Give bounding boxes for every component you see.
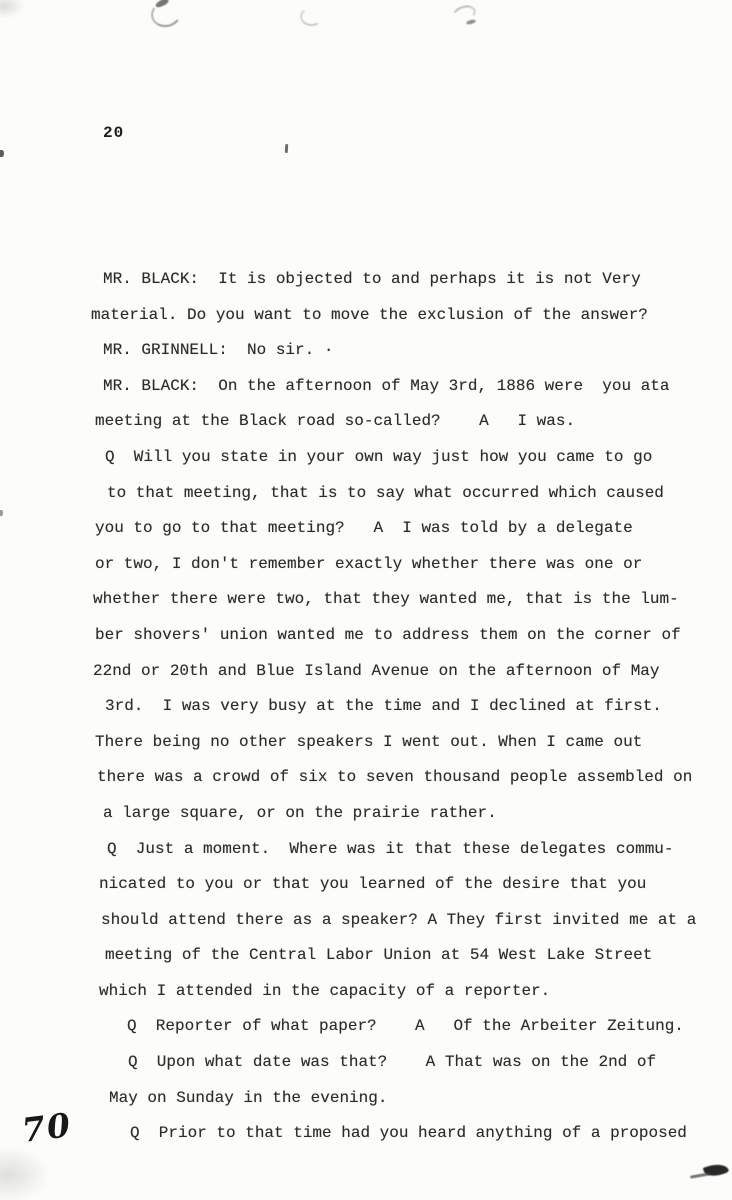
handwritten-folio-number: 70 — [20, 1105, 74, 1150]
typed-page-number: 20 — [103, 124, 124, 142]
ink-smudge — [450, 2, 478, 25]
edge-mark — [0, 510, 3, 516]
transcript-line: you to go to that meeting? A I was told … — [95, 511, 731, 547]
edge-mark — [0, 150, 4, 157]
ink-smudge — [299, 7, 323, 28]
transcript-line: or two, I don't remember exactly whether… — [95, 547, 731, 583]
transcript-line: Q Will you state in your own way just ho… — [105, 440, 731, 476]
transcript-line: Q Prior to that time had you heard anyth… — [130, 1116, 731, 1152]
transcript-body: MR. BLACK: It is objected to and perhaps… — [91, 262, 731, 1152]
transcript-line: 3rd. I was very busy at the time and I d… — [105, 689, 731, 725]
transcript-line: MR. GRINNELL: No sir. · — [103, 333, 731, 369]
ink-smudge — [154, 0, 169, 9]
transcript-line: material. Do you want to move the exclus… — [91, 298, 731, 334]
transcript-line: MR. BLACK: It is objected to and perhaps… — [103, 262, 731, 298]
corner-ink-blot — [703, 1161, 730, 1180]
ink-smudge — [149, 0, 184, 30]
transcript-line: Q Just a moment. Where was it that these… — [107, 832, 731, 868]
transcript-line: nicated to you or that you learned of th… — [99, 867, 731, 903]
transcript-line: a large square, or on the prairie rather… — [103, 796, 731, 832]
transcript-line: May on Sunday in the evening. — [109, 1081, 731, 1117]
transcript-line: Q Upon what date was that? A That was on… — [128, 1045, 731, 1081]
ink-smudge — [466, 19, 477, 25]
transcript-line: there was a crowd of six to seven thousa… — [97, 760, 731, 796]
transcript-line: 22nd or 20th and Blue Island Avenue on t… — [93, 654, 731, 690]
transcript-line: MR. BLACK: On the afternoon of May 3rd, … — [103, 369, 731, 405]
corner-ink-blot — [690, 1172, 710, 1178]
scanned-transcript-page: 20 MR. BLACK: It is objected to and perh… — [0, 0, 732, 1200]
transcript-line: to that meeting, that is to say what occ… — [107, 476, 731, 512]
transcript-line: which I attended in the capacity of a re… — [99, 974, 731, 1010]
transcript-line: Q Reporter of what paper? A Of the Arbei… — [127, 1009, 731, 1045]
stray-ink-tick — [285, 144, 288, 153]
transcript-line: whether there were two, that they wanted… — [93, 582, 731, 618]
transcript-line: should attend there as a speaker? A They… — [101, 903, 731, 939]
transcript-line: meeting of the Central Labor Union at 54… — [105, 938, 731, 974]
transcript-line: There being no other speakers I went out… — [95, 725, 731, 761]
transcript-line: ber shovers' union wanted me to address … — [95, 618, 731, 654]
transcript-line: meeting at the Black road so-called? A I… — [95, 404, 731, 440]
